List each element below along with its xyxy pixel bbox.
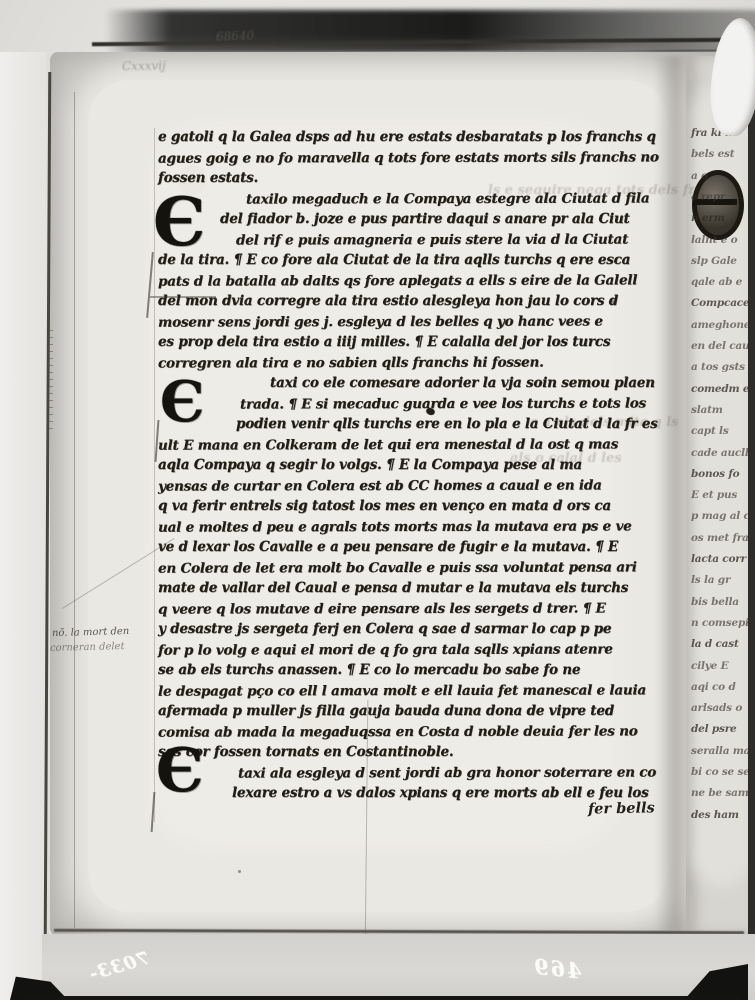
manuscript-text-line: taxilo megaduch e la Compaya estegre ala… — [246, 192, 649, 207]
flyleaf-ghost-mark: 68640 — [216, 29, 255, 42]
manuscript-text-line: trada. ¶ E si mecaduc guarda e vee los t… — [240, 397, 646, 412]
decorated-initial-e: Є — [156, 744, 204, 799]
manuscript-text-line: comisa ab mada la megaduqssa en Costa d … — [158, 725, 638, 740]
next-folio-text-fragment: qale ab e — [691, 277, 742, 288]
manuscript-text-line: q va ferir entrels sig tatost los mes en… — [158, 500, 611, 514]
next-folio-text-fragment: os met fra — [691, 533, 748, 544]
next-folio-text-fragment: des ham — [691, 810, 739, 821]
next-folio-text-fragment: bonos fo — [691, 469, 739, 480]
manuscript-text-line: mate de vallar del Caual e pensa d mutar… — [158, 582, 628, 596]
manuscript-text-line: yensas de curtar en Colera est ab CC hom… — [158, 479, 602, 494]
next-folio-text-fragment: en del caur — [691, 341, 748, 352]
next-folio-text-fragment: lalnt e o — [691, 235, 737, 246]
manuscript-text-line: en Colera de let era molt bo Cavalle e p… — [158, 561, 637, 576]
next-folio-text-fragment: seralla ma — [691, 746, 748, 757]
next-folio-text-fragment: a o — [691, 171, 708, 182]
manuscript-text-line: pats d la batalla ab dalts qs fore apleg… — [158, 274, 637, 289]
manuscript-text-line: e gatoli q la Galea dsps ad hu ere estat… — [158, 131, 656, 145]
next-folio-text-fragment: ameghone — [691, 320, 748, 331]
text-block: ls e sequire nega tots dels fre e a els … — [158, 0, 670, 1000]
next-folio-text-fragment: aqi co d — [691, 682, 736, 693]
photo-right-dark-edge — [748, 66, 755, 938]
manuscript-text-line: se ab els turchs anassen. ¶ E co lo merc… — [158, 664, 580, 678]
next-folio-text-fragment: bis bella — [691, 597, 739, 608]
page-left-fold-line — [74, 92, 75, 928]
manuscript-text-line: for p lo volg e aqui el mori de q fo gra… — [158, 643, 613, 658]
manuscript-text-line: lexare estro a vs dalos xpians q ere mor… — [232, 787, 648, 801]
photo-bottom-dark-edge — [24, 996, 740, 1000]
manuscript-text-line: es prop dela tira estio a iiij milles. ¶… — [158, 336, 610, 350]
next-folio-text-fragment: n comsepi — [691, 618, 748, 629]
manuscript-text-line: del rif e puis amagneria e puis stere la… — [236, 233, 628, 248]
bottom-number-469: 469 — [531, 955, 583, 981]
initial-flourish — [150, 296, 216, 298]
manuscript-text-line: le despagat pço co ell l amava molt e el… — [158, 684, 646, 699]
manuscript-text-line: y desastre js sergeta ferj en Colera q s… — [158, 623, 611, 637]
next-folio-text-fragment: comedm e y — [691, 384, 748, 395]
manuscript-photograph: fra kl mbels esta oe reprn ermlalnt e os… — [0, 0, 755, 1000]
next-folio-text-fragment: a tos gsts — [691, 362, 745, 373]
next-folio-text-fragment: ls la gr — [691, 575, 730, 586]
next-folio-text-fragment: Compcace — [691, 298, 748, 309]
catchword: fer bells — [588, 801, 655, 817]
manuscript-text-line: de la tira. ¶ E co fore ala Ciutat de la… — [158, 254, 630, 268]
manuscript-text-line: corregren ala tira e no sabien qlls fran… — [158, 356, 544, 371]
next-folio-text-fragment: cade aucll — [691, 448, 748, 459]
manuscript-text-line: afermada p muller js filla gauja bauda d… — [158, 705, 614, 719]
manuscript-text-line: ve d lexar los Cavalle e a peu pensare d… — [158, 541, 618, 555]
next-folio-text-fragment: capt ls — [691, 426, 729, 437]
next-folio-text-fragment: del psre — [691, 724, 737, 735]
manuscript-text-line: aqla Compaya q segir lo volgs. ¶ E la Co… — [158, 459, 582, 473]
next-folio-text-fragment: bels est — [691, 149, 734, 160]
next-folio-text-fragment: slatm — [691, 405, 723, 416]
manuscript-text-line: agues goig e no fo maravella q tots fore… — [158, 151, 659, 166]
flyleaf-ghost-mark: Cxxxvij — [122, 60, 166, 73]
manuscript-text-line: taxi co ele comesare adorier la vja soin… — [270, 377, 655, 391]
next-folio-text-fragment: arlsads o — [691, 703, 742, 714]
marginal-note-line1: nõ. la mort den — [52, 627, 129, 639]
next-folio-text-fragment: lacta corr — [691, 554, 746, 565]
marginal-note-line2: corneran delet — [50, 642, 125, 654]
next-folio-text-fragment: cilye E — [691, 661, 728, 672]
next-folio-text-fragment: slp Gale — [691, 256, 737, 267]
manuscript-text-line: ual e moltes d peu e agrals tots morts m… — [158, 520, 632, 535]
next-folio-text-fragment: bi co se se — [691, 767, 748, 778]
decorated-initial-e: Є — [160, 377, 205, 429]
next-folio-text-fragment: E et pus — [691, 490, 737, 501]
margin-pen-trials — [47, 330, 53, 434]
next-folio-text-fragment: ne be sam — [691, 788, 748, 799]
next-folio-text-fragment: n erm — [691, 213, 725, 224]
next-folio-text-fragment: la d cast — [691, 639, 739, 650]
manuscript-text-line: ult E mana en Colkeram de let qui era me… — [158, 438, 618, 453]
decorated-initial-e: Є — [153, 192, 206, 253]
manuscript-text-line: q veere q los mutave d eire pensare als … — [158, 602, 606, 617]
manuscript-text-line: mosenr sens jordi ges j. esgleya d les b… — [158, 315, 603, 330]
manuscript-text-line: del fiador b. joze e pus partire daqui s… — [220, 213, 630, 227]
manuscript-text-line: taxi ala esgleya d sent jordi ab gra hon… — [238, 766, 656, 781]
next-folio-text-fragment: p mag al co — [691, 511, 748, 522]
manuscript-text-line: podien venir qlls turchs ere en lo pla e… — [236, 418, 658, 432]
manuscript-text-line: del mon dvia corregre ala tira estio ale… — [158, 295, 618, 309]
photo-backing-left-strip — [0, 52, 46, 1000]
